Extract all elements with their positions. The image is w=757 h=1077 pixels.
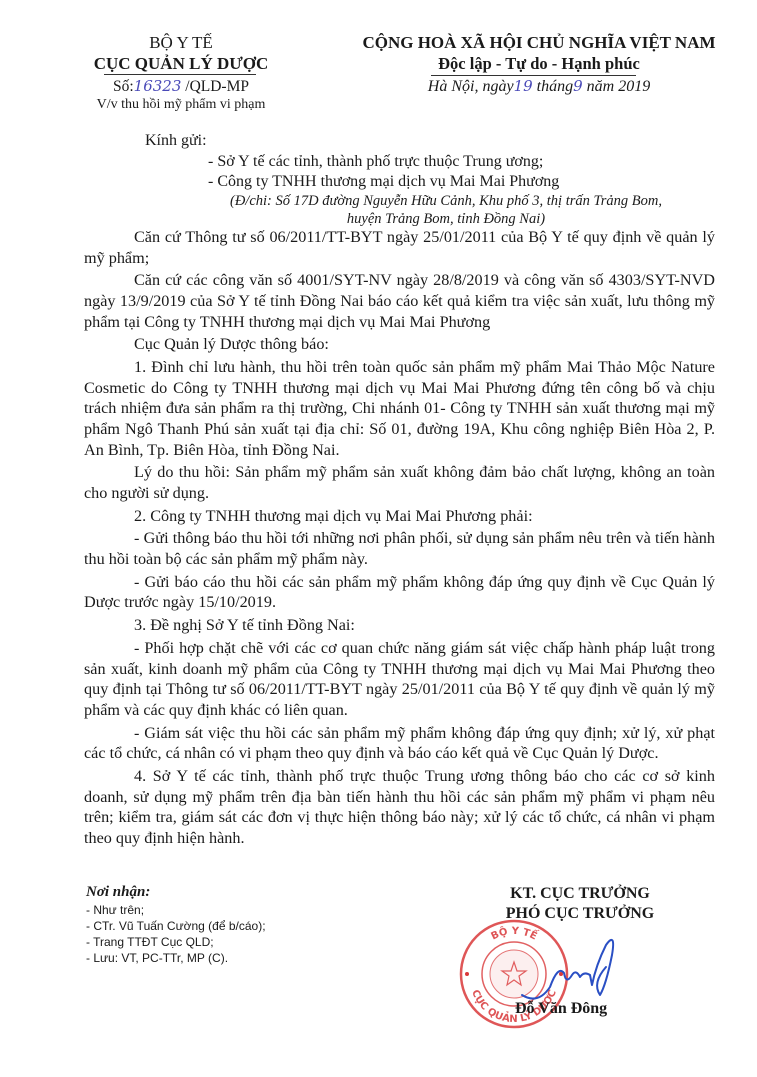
document-subject: V/v thu hồi mỹ phẩm vi phạm: [66, 97, 296, 112]
document-date: Hà Nội, ngày19 tháng9 năm 2019: [333, 75, 745, 98]
signature-block: KT. CỤC TRƯỞNG PHÓ CỤC TRƯỞNG: [470, 884, 690, 924]
document-body: Căn cứ Thông tư số 06/2011/TT-BYT ngày 2…: [84, 227, 715, 850]
recipient-line: - Công ty TNHH thương mại dịch vụ Mai Ma…: [208, 172, 559, 192]
country-name: CỘNG HOÀ XÃ HỘI CHỦ NGHĨA VIỆT NAM: [333, 32, 745, 53]
signer-authority: KT. CỤC TRƯỞNG: [470, 884, 690, 904]
recipients-item: - Lưu: VT, PC-TTr, MP (C).: [86, 950, 266, 966]
body-paragraph: Căn cứ các công văn số 4001/SYT-NV ngày …: [84, 270, 715, 332]
department-name: CỤC QUẢN LÝ DƯỢC: [66, 53, 296, 74]
recipient-address: (Đ/chi: Số 17D đường Nguyễn Hữu Cảnh, Kh…: [196, 191, 696, 211]
body-paragraph: - Phối hợp chặt chẽ với các cơ quan chức…: [84, 638, 715, 720]
greeting: Kính gửi:: [145, 132, 207, 150]
body-paragraph: Căn cứ Thông tư số 06/2011/TT-BYT ngày 2…: [84, 227, 715, 268]
body-paragraph: 2. Công ty TNHH thương mại dịch vụ Mai M…: [84, 506, 715, 527]
national-header: CỘNG HOÀ XÃ HỘI CHỦ NGHĨA VIỆT NAM Độc l…: [333, 32, 745, 98]
signer-title: PHÓ CỤC TRƯỞNG: [470, 904, 690, 924]
body-paragraph: - Gửi thông báo thu hồi tới những nơi ph…: [84, 528, 715, 569]
handwritten-number: 16323: [134, 77, 182, 95]
recipients-item: - Như trên;: [86, 902, 266, 918]
signer-name: Đỗ Văn Đông: [515, 1000, 607, 1018]
recipients-item: - CTr. Vũ Tuấn Cường (để b/cáo);: [86, 918, 266, 934]
recipient-line: - Sở Y tế các tỉnh, thành phố trực thuộc…: [208, 152, 543, 172]
body-paragraph: - Gửi báo cáo thu hồi các sản phẩm mỹ ph…: [84, 572, 715, 613]
recipient-address: huyện Trảng Bom, tỉnh Đồng Nai): [196, 209, 696, 229]
recipients-list: Nơi nhận: - Như trên; - CTr. Vũ Tuấn Cườ…: [86, 883, 266, 966]
body-paragraph: - Giám sát việc thu hồi các sản phẩm mỹ …: [84, 723, 715, 764]
handwritten-day: 19: [514, 77, 533, 95]
header-underline: [104, 74, 256, 75]
motto-underline: [431, 75, 636, 76]
body-paragraph: 1. Đình chỉ lưu hành, thu hồi trên toàn …: [84, 357, 715, 460]
ministry-name: BỘ Y TẾ: [66, 32, 296, 53]
body-paragraph: 4. Sở Y tế các tỉnh, thành phố trực thuộ…: [84, 766, 715, 848]
body-paragraph: Cục Quản lý Dược thông báo:: [84, 334, 715, 355]
issuer-header: BỘ Y TẾ CỤC QUẢN LÝ DƯỢC Số:16323 /QLD-M…: [66, 32, 296, 112]
document-number: Số:16323 /QLD-MP: [66, 76, 296, 97]
body-paragraph: Lý do thu hồi: Sản phẩm mỹ phẩm sản xuất…: [84, 462, 715, 503]
recipients-item: - Trang TTĐT Cục QLD;: [86, 934, 266, 950]
handwritten-month: 9: [573, 77, 583, 95]
national-motto: Độc lập - Tự do - Hạnh phúc: [333, 53, 745, 74]
body-paragraph: 3. Đề nghị Sở Y tế tỉnh Đồng Nai:: [84, 615, 715, 636]
recipients-title: Nơi nhận:: [86, 883, 266, 902]
